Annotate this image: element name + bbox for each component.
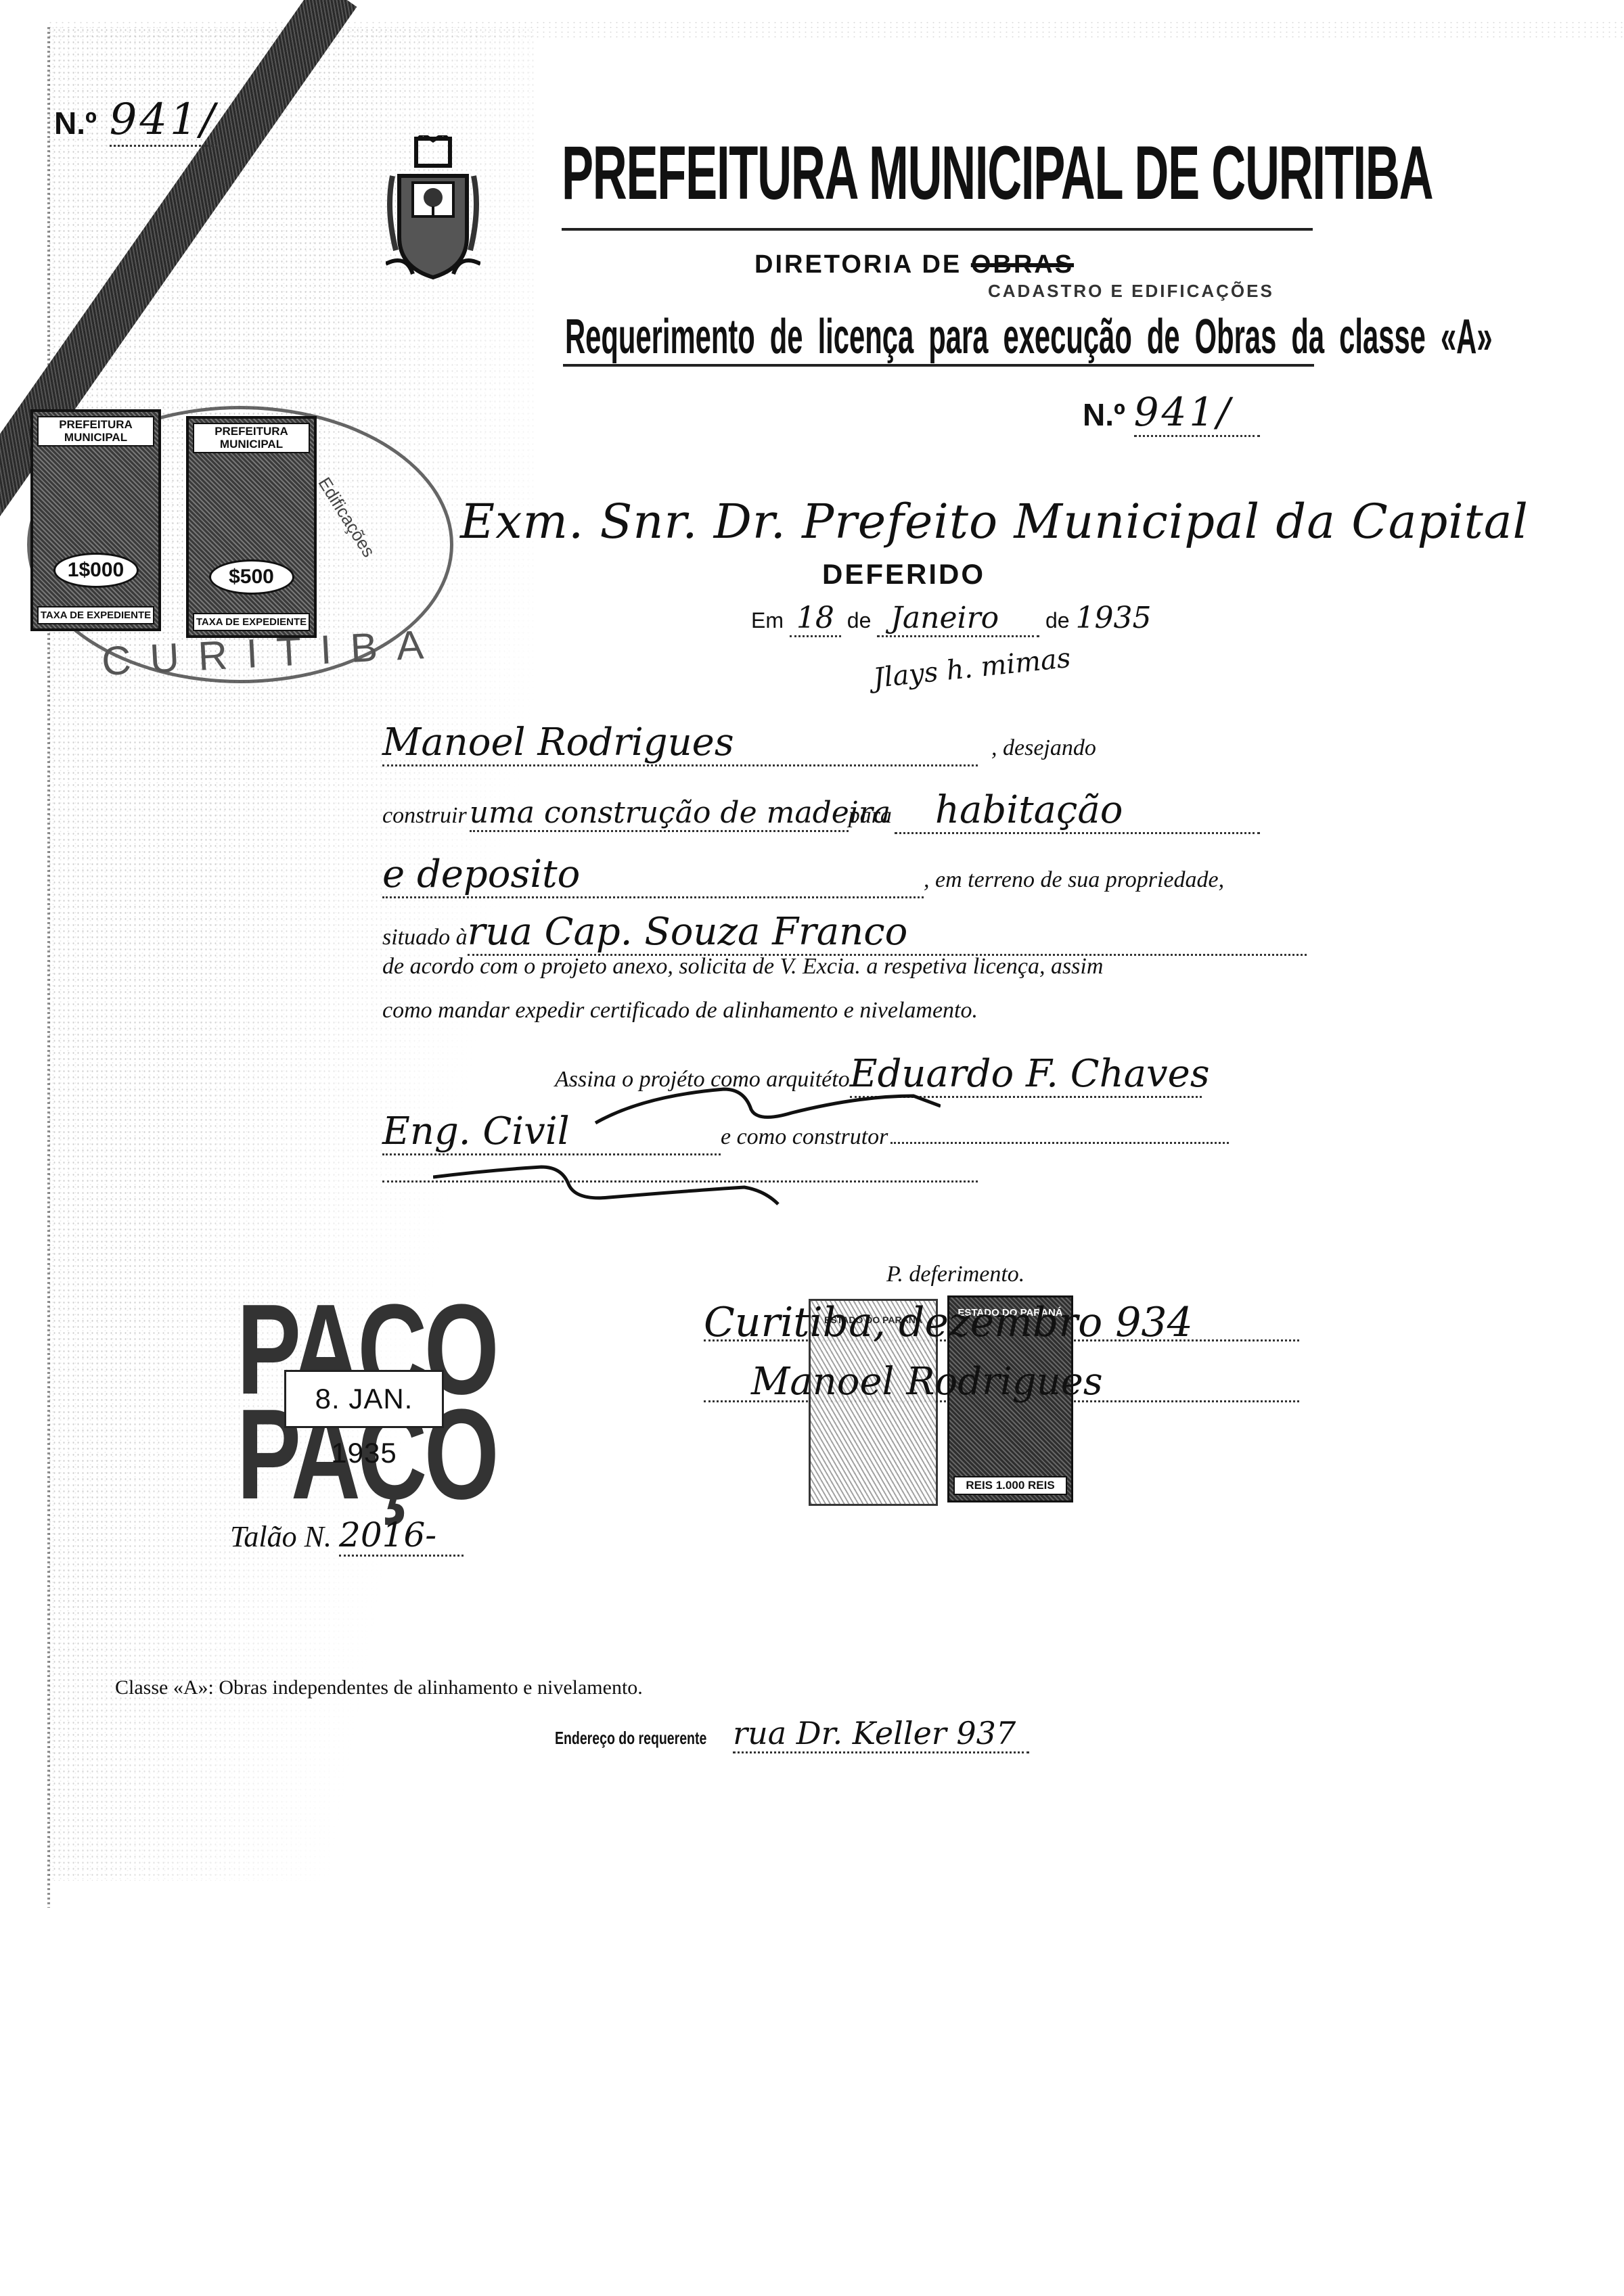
number-label: N.º <box>54 106 97 141</box>
paco-stamp: PAÇO PAÇO 8. JAN. 1935 <box>237 1285 507 1509</box>
stamp-footer: TAXA DE EXPEDIENTE <box>193 613 310 631</box>
purpose-continuation: e deposito <box>382 852 924 898</box>
stamp-footer: TAXA DE EXPEDIENTE <box>37 606 154 624</box>
builder-scribble-icon <box>589 1082 941 1136</box>
revenue-stamp: PREFEITURA MUNICIPAL 1$000 TAXA DE EXPED… <box>30 409 161 631</box>
date-of: de <box>1045 608 1070 633</box>
deferimento-label: P. deferimento. <box>886 1262 1024 1287</box>
stamp-header: PREFEITURA MUNICIPAL <box>37 416 154 446</box>
stamp-value: 1$000 <box>53 553 139 588</box>
date-prefix: Em <box>751 608 784 633</box>
para-label: para <box>849 803 892 828</box>
form-title: Requerimento de licença para execução de… <box>565 313 1493 361</box>
document-number-top: N.º 941/ <box>54 95 217 147</box>
directorate: DIRETORIA DE OBRAS <box>754 250 1074 279</box>
builder-value <box>890 1115 1229 1144</box>
location-line: situado àrua Cap. Souza Franco <box>382 910 1307 956</box>
document-number-right: N.º 941/ <box>1083 389 1260 437</box>
stamp-header: PREFEITURA MUNICIPAL <box>193 423 310 453</box>
official-signature: Jlays h. mimas <box>872 643 1072 694</box>
date-month: Janeiro <box>877 601 1039 637</box>
address-line: Endereço do requerente rua Dr. Keller 93… <box>555 1715 1029 1751</box>
desejando-text: , desejando <box>991 735 1096 760</box>
applicant-signature: Manoel Rodrigues <box>751 1360 1103 1404</box>
talao-value: 2016- <box>339 1515 464 1557</box>
paragraph-1: de acordo com o projeto anexo, solicita … <box>382 954 1103 980</box>
scribble-icon <box>433 1164 812 1218</box>
department: CADASTRO E EDIFICAÇÕES <box>988 281 1274 302</box>
talao-number: Talão N. 2016- <box>230 1515 464 1555</box>
applicant-name: Manoel Rodrigues <box>382 720 978 766</box>
construir-value: uma construção de madeira <box>470 796 849 832</box>
address-value: rua Dr. Keller 937 <box>733 1715 1029 1753</box>
date-of: de <box>847 608 872 633</box>
number-value: 941/ <box>1134 389 1260 437</box>
form-title-rule <box>563 364 1314 367</box>
date-year: 1935 <box>1075 601 1151 635</box>
stamp-value: REIS 1.000 REIS <box>953 1476 1067 1495</box>
page-edge <box>47 27 50 1908</box>
situado-label: situado à <box>382 925 468 950</box>
stamp-value: $500 <box>209 559 294 595</box>
place-date-handwritten: Curitiba, dezembro 934 <box>704 1299 1193 1346</box>
terreno-text: , em terreno de sua propriedade, <box>924 867 1224 892</box>
classe-note: Classe «A»: Obras independentes de alinh… <box>115 1676 643 1699</box>
purpose-value: habitação <box>895 788 1260 834</box>
number-value: 941/ <box>110 95 218 147</box>
decision-status: DEFERIDO <box>822 558 985 591</box>
applicant-line: Manoel Rodrigues, desejando <box>382 720 1096 766</box>
page-title: PREFEITURA MUNICIPAL DE CURITIBA <box>562 135 1047 211</box>
revenue-stamp: PREFEITURA MUNICIPAL $500 TAXA DE EXPEDI… <box>186 416 317 638</box>
date-day: 18 <box>790 601 841 637</box>
paco-date: 8. JAN. 1935 <box>284 1370 444 1428</box>
construir-line: construir uma construção de madeirapara … <box>382 788 1260 834</box>
purpose-cont-line: e deposito, em terreno de sua propriedad… <box>382 852 1224 898</box>
directorate-struck: OBRAS <box>971 250 1074 279</box>
address-label: Endereço do requerente <box>555 1728 706 1749</box>
talao-label: Talão N. <box>230 1520 332 1553</box>
number-label: N.º <box>1083 397 1125 432</box>
decision-date: Em 18 de Janeiro de 1935 <box>751 601 1151 637</box>
salutation: Exm. Snr. Dr. Prefeito Municipal da Capi… <box>460 494 1529 549</box>
paragraph-2: como mandar expedir certificado de alinh… <box>382 998 978 1024</box>
directorate-label: DIRETORIA DE <box>754 250 962 279</box>
location-value: rua Cap. Souza Franco <box>468 910 1307 956</box>
coat-of-arms-icon <box>386 135 480 291</box>
header-rule <box>562 228 1313 231</box>
construir-label: construir <box>382 803 467 828</box>
